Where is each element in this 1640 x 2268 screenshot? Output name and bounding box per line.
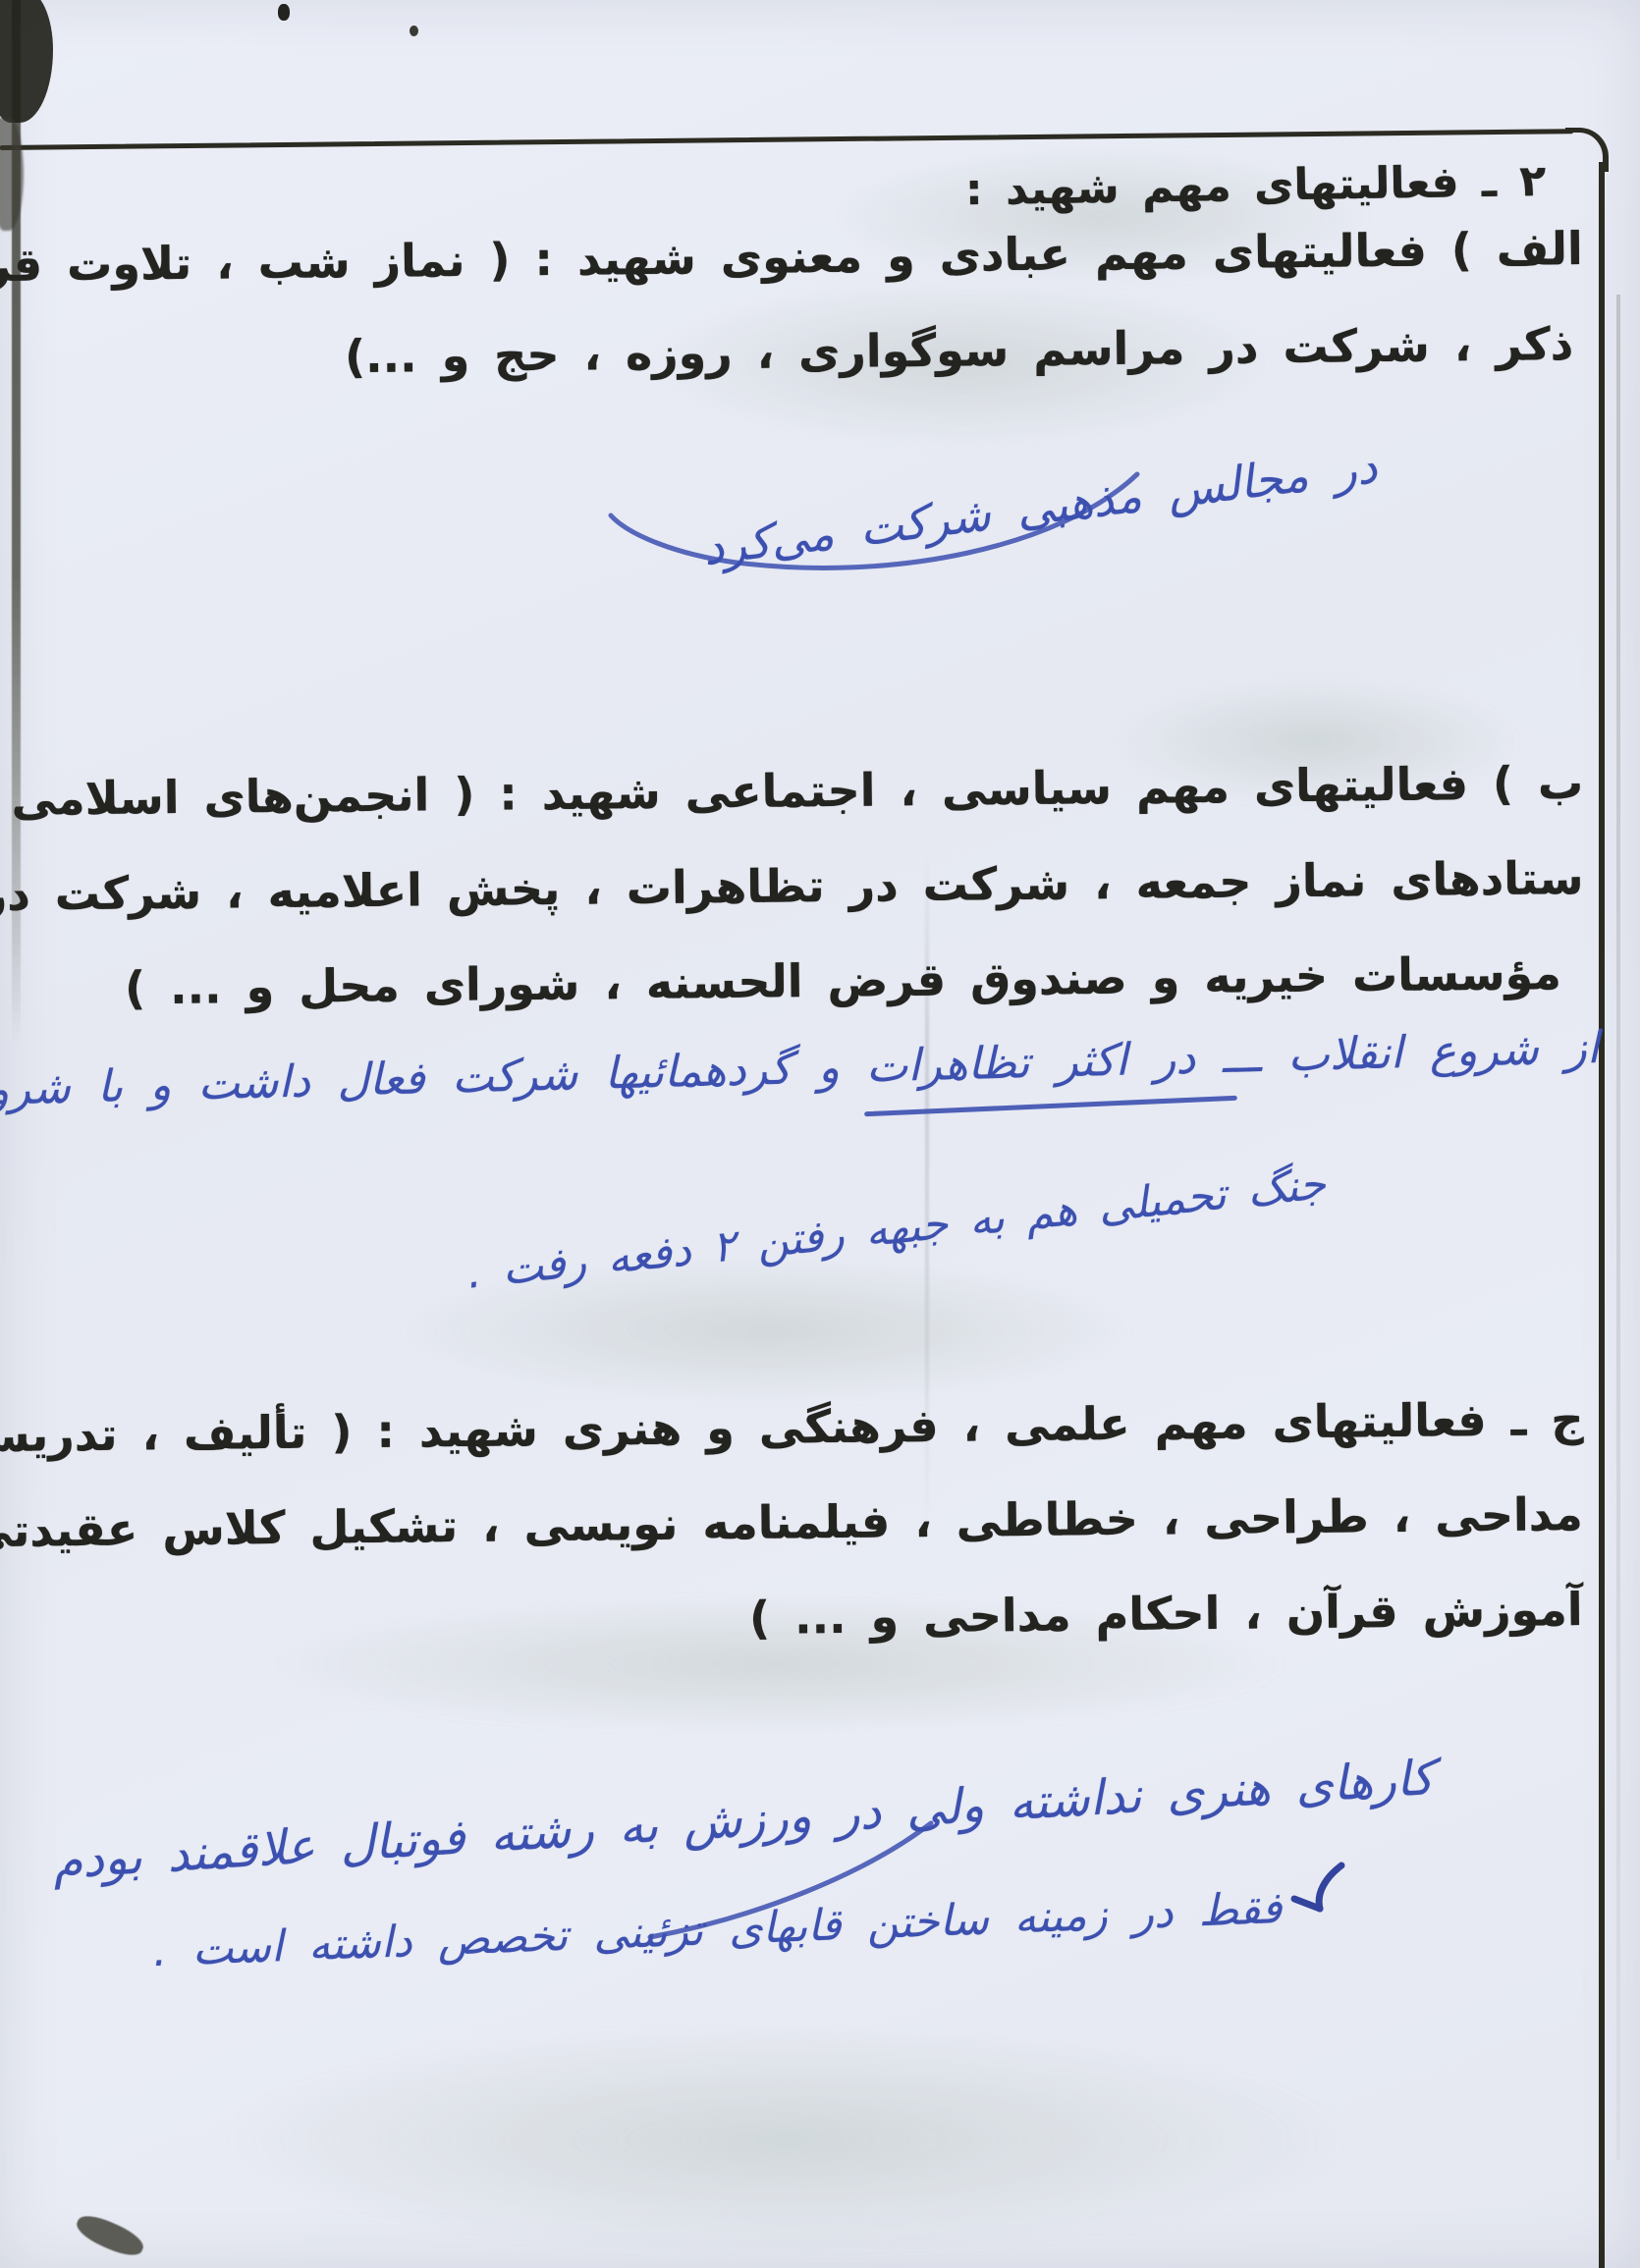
- form-border-right: [1599, 162, 1605, 2268]
- section-be-line-1: ب ) فعالیتهای مهم سیاسی ، اجتماعی شهید :…: [0, 738, 1583, 843]
- scan-edge-shading: [1616, 295, 1620, 2160]
- section-jim-line-1: ج ـ فعالیتهای مهم علمی ، فرهنگی و هنری ش…: [0, 1375, 1583, 1482]
- pen-flourish: [599, 457, 1149, 584]
- scanned-form-page: ۲ ـ فعالیتهای مهم شهید : الف ) فعالیتهای…: [0, 0, 1640, 2268]
- scan-speck: [278, 4, 290, 21]
- section-be-line-2: ستادهای نماز جمعه ، شرکت در تظاهرات ، پخ…: [0, 834, 1583, 941]
- insertion-mark: [1285, 1856, 1355, 1926]
- scan-artifact-blob: [73, 2209, 147, 2261]
- bleed-through-smudge: [216, 2023, 1355, 2258]
- section-be-line-3: مؤسسات خیریه و صندوق قرض الحسنه ، شورای …: [125, 929, 1562, 1032]
- section-jim-line-3: آموزش قرآن ، احکام مداحی و ... ): [749, 1565, 1583, 1662]
- section-alef-line-2: ذکر ، شرکت در مراسم سوگواری ، روزه ، حج …: [344, 299, 1573, 401]
- section-jim-line-2: مداحی ، طراحی ، خطاطی ، فیلمنامه نویسی ،…: [0, 1470, 1583, 1576]
- scan-artifact-blob: [0, 0, 53, 123]
- section-alef-line-1: الف ) فعالیتهای مهم عبادی و معنوی شهید :…: [0, 204, 1583, 311]
- pen-underline-stroke: [864, 1096, 1237, 1117]
- form-border-top: [0, 129, 1573, 150]
- handwritten-answer-be-line-1: از شروع انقلاب ـــ در اکثر تظاهرات و گرد…: [0, 1021, 1600, 1116]
- handwritten-answer-be-line-2: جنگ تحمیلی هم به جبهه رفتن ۲ دفعه رفت .: [465, 1159, 1329, 1299]
- pen-flourish: [638, 1811, 943, 1949]
- scan-speck: [410, 26, 418, 36]
